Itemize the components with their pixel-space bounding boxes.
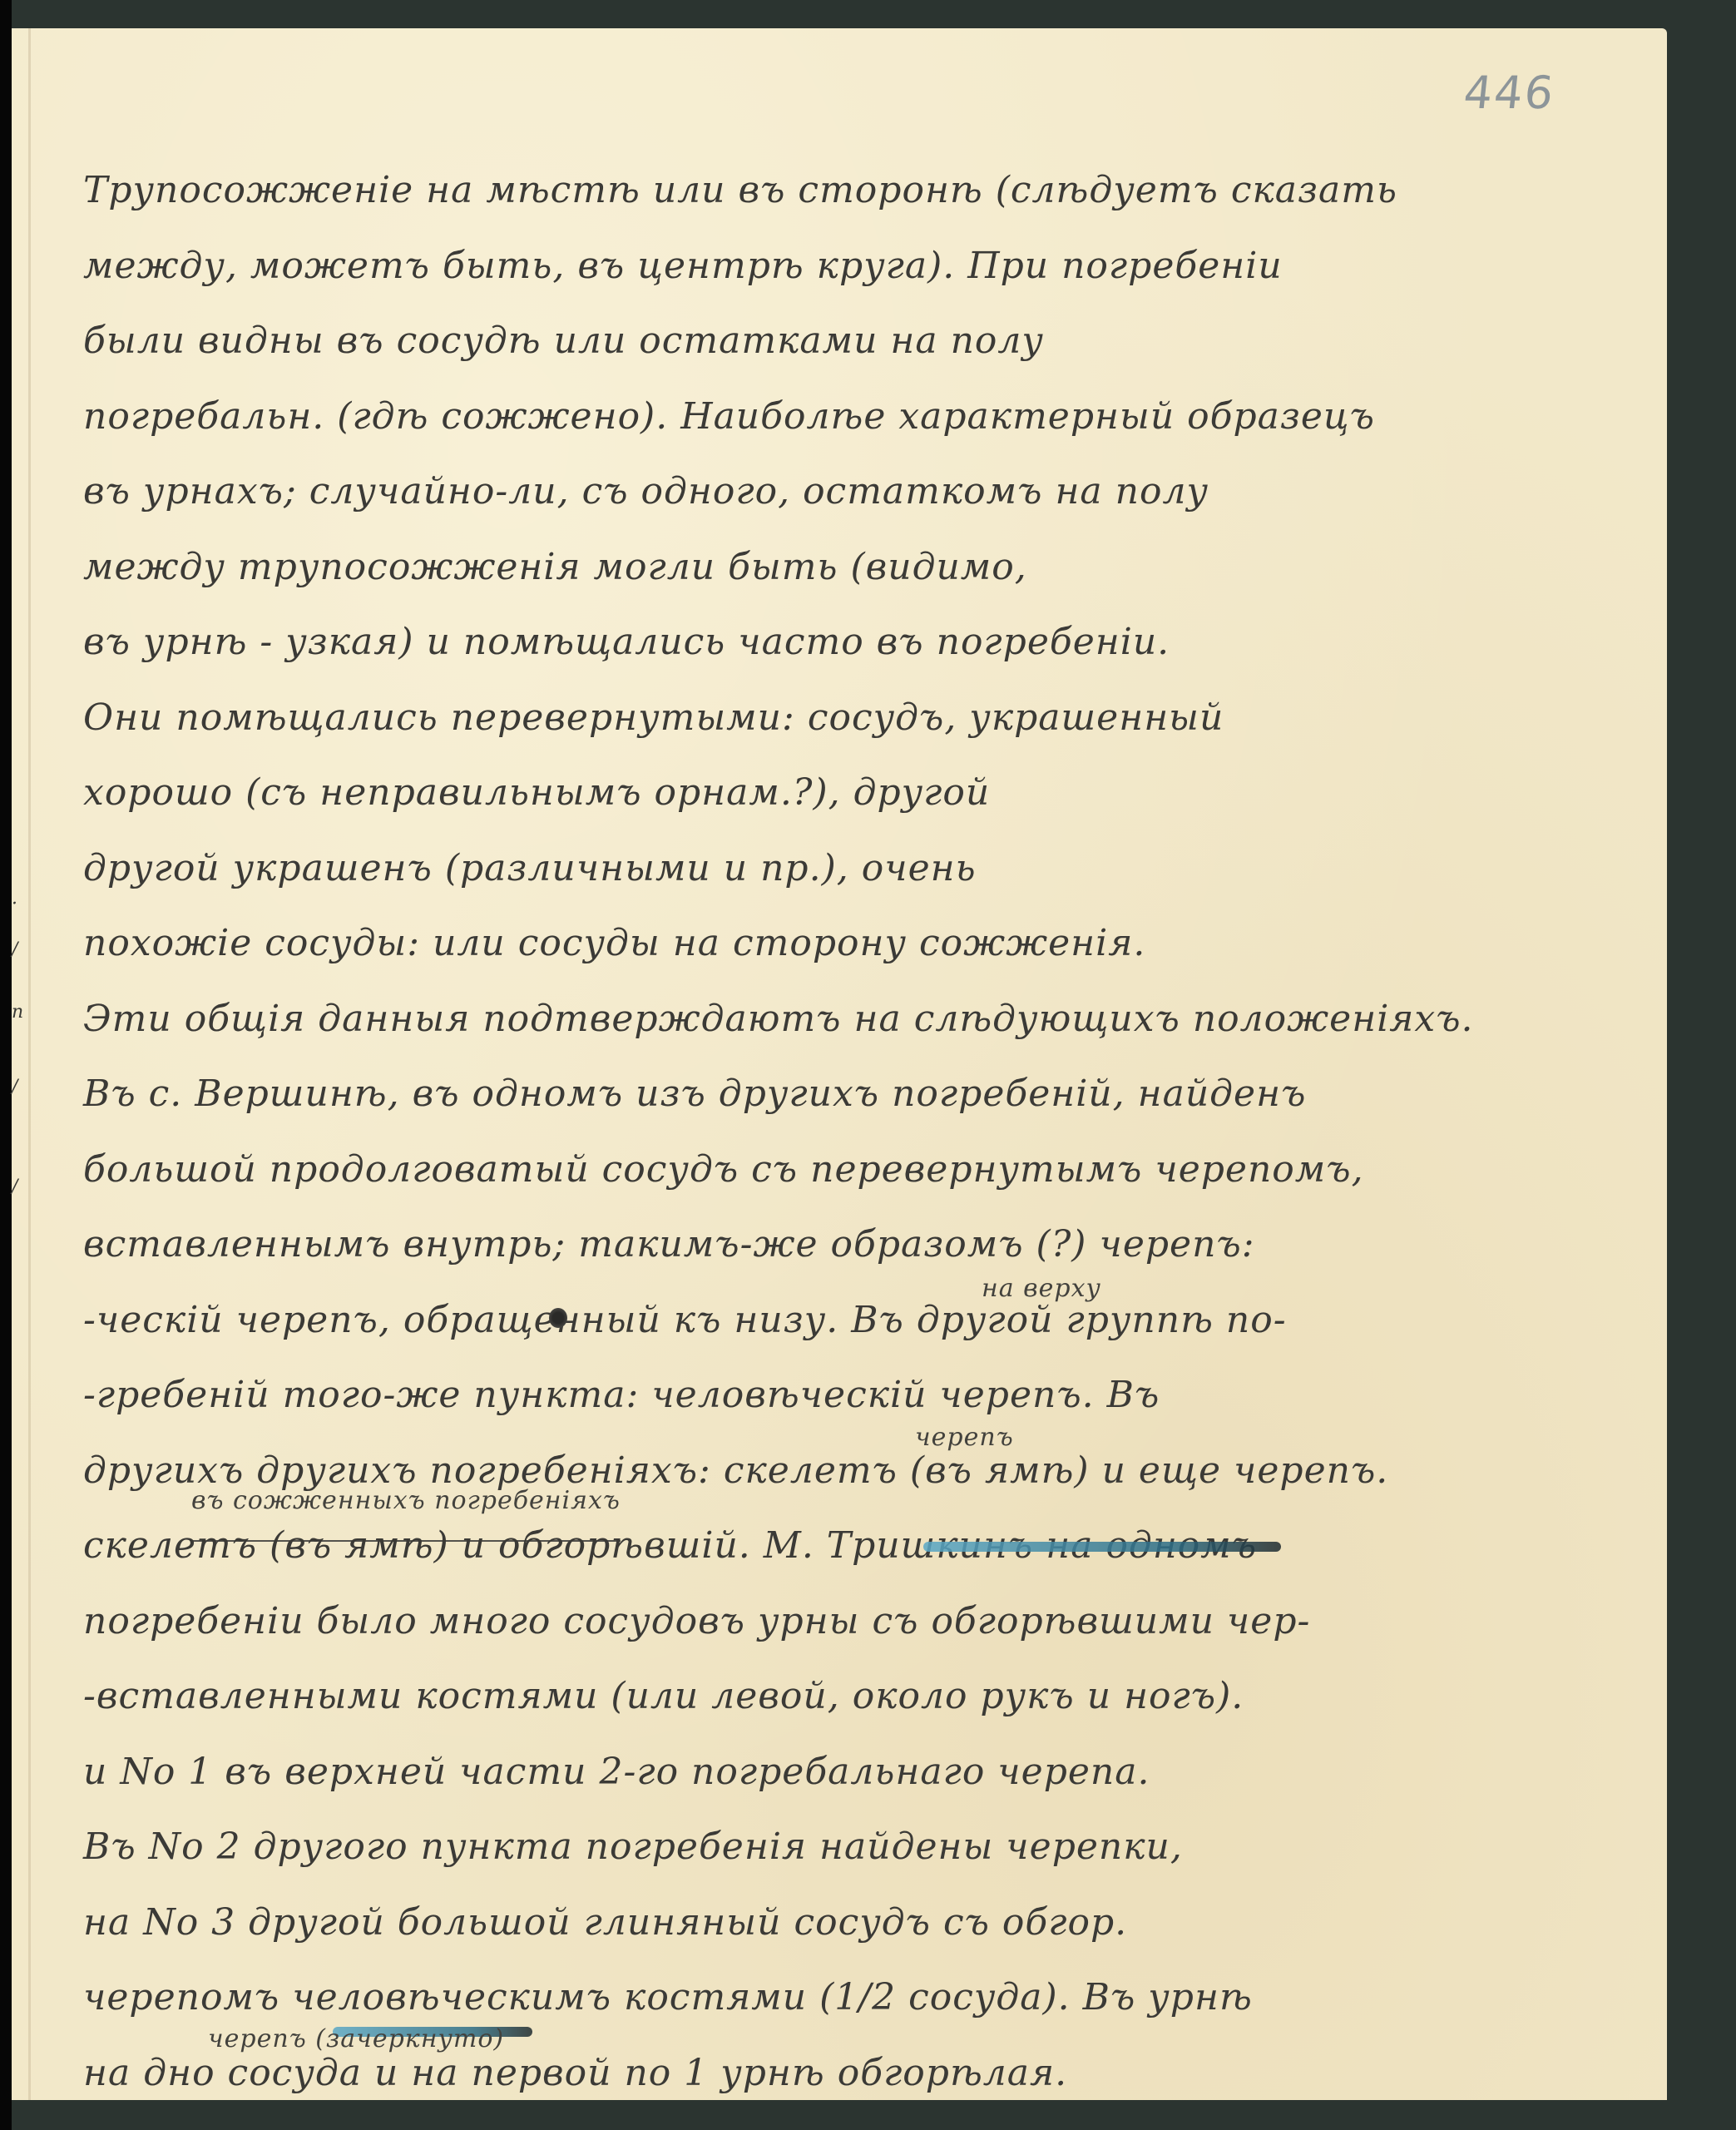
binding-edge (0, 0, 12, 2130)
text-line: въ урнахъ; случайно-ли, съ одного, остат… (83, 454, 1664, 530)
text-line: были видны въ сосудѣ или остатками на по… (83, 304, 1664, 379)
interlinear-insertion: на верху (982, 1251, 1101, 1327)
blue-strikethrough (923, 1542, 1281, 1552)
text-line-content: -ческій черепъ, обращенный къ низу. Въ д… (83, 1299, 1287, 1341)
margin-mark: / (12, 1176, 17, 1197)
text-line: Они помѣщались перевернутыми: сосудъ, ук… (83, 681, 1664, 756)
text-line: другой украшенъ (различными и пр.), очен… (83, 831, 1664, 907)
text-line: и Nо 1 въ верхней части 2-го погребальна… (83, 1735, 1664, 1810)
text-line: погребальн. (гдѣ сожжено). Наиболѣе хара… (83, 379, 1664, 455)
text-line: скелетъ (въ ямѣ) и обгорѣвшій. М. Тришки… (83, 1508, 1664, 1584)
folio-number: 446 (1462, 67, 1558, 119)
interlinear-insertion: черепъ (915, 1400, 1014, 1476)
text-line: -гребеній того-же пункта: человѣческій ч… (83, 1358, 1664, 1434)
text-line: вставленнымъ внутрь; такимъ-же образомъ … (83, 1207, 1664, 1283)
text-line: черепомъ человѣческимъ костями (1/2 сосу… (83, 1960, 1664, 2036)
text-line: хорошо (съ неправильнымъ орнам.?), друго… (83, 755, 1664, 831)
margin-mark: п (12, 1002, 23, 1023)
text-line: Эти общія данныя подтверждаютъ на слѣдую… (83, 982, 1664, 1058)
margin-marks: · / п / / (12, 860, 28, 1276)
margin-mark: / (12, 1077, 17, 1097)
text-line: на Nо 3 другой большой глиняный сосудъ с… (83, 1885, 1664, 1961)
ink-blot (549, 1308, 567, 1328)
text-line: -ческій черепъ, обращенный къ низу. Въ д… (83, 1283, 1664, 1359)
text-line: между, можетъ быть, въ центрѣ круга). Пр… (83, 229, 1664, 305)
text-line: погребеніи было много сосудовъ урны съ о… (83, 1584, 1664, 1660)
margin-mark: · (12, 894, 17, 914)
margin-mark: / (12, 939, 17, 960)
manuscript-text: Трупосожженіе на мѣстѣ или въ сторонѣ (с… (83, 153, 1664, 2111)
text-line: Трупосожженіе на мѣстѣ или въ сторонѣ (с… (83, 153, 1664, 229)
page-fold (28, 28, 31, 2100)
text-line: большой продолговатый сосудъ съ переверн… (83, 1132, 1664, 1208)
text-line: между трупосожженія могли быть (видимо, (83, 530, 1664, 606)
text-line: Въ Nо 2 другого пункта погребенія найден… (83, 1810, 1664, 1885)
manuscript-page: · / п / / 446 Трупосожженіе на мѣстѣ или… (12, 28, 1667, 2100)
text-line: въ урнѣ - узкая) и помѣщались часто въ п… (83, 605, 1664, 681)
text-line: другихъ другихъ погребеніяхъ: скелетъ (в… (83, 1434, 1664, 1509)
text-line: похожіе сосуды: или сосуды на сторону со… (83, 906, 1664, 982)
text-line: -вставленными костями (или левой, около … (83, 1659, 1664, 1735)
text-line: Въ с. Вершинѣ, въ одномъ изъ другихъ пог… (83, 1057, 1664, 1132)
text-line: на дно сосуда и на первой по 1 урнѣ обго… (83, 2036, 1664, 2112)
